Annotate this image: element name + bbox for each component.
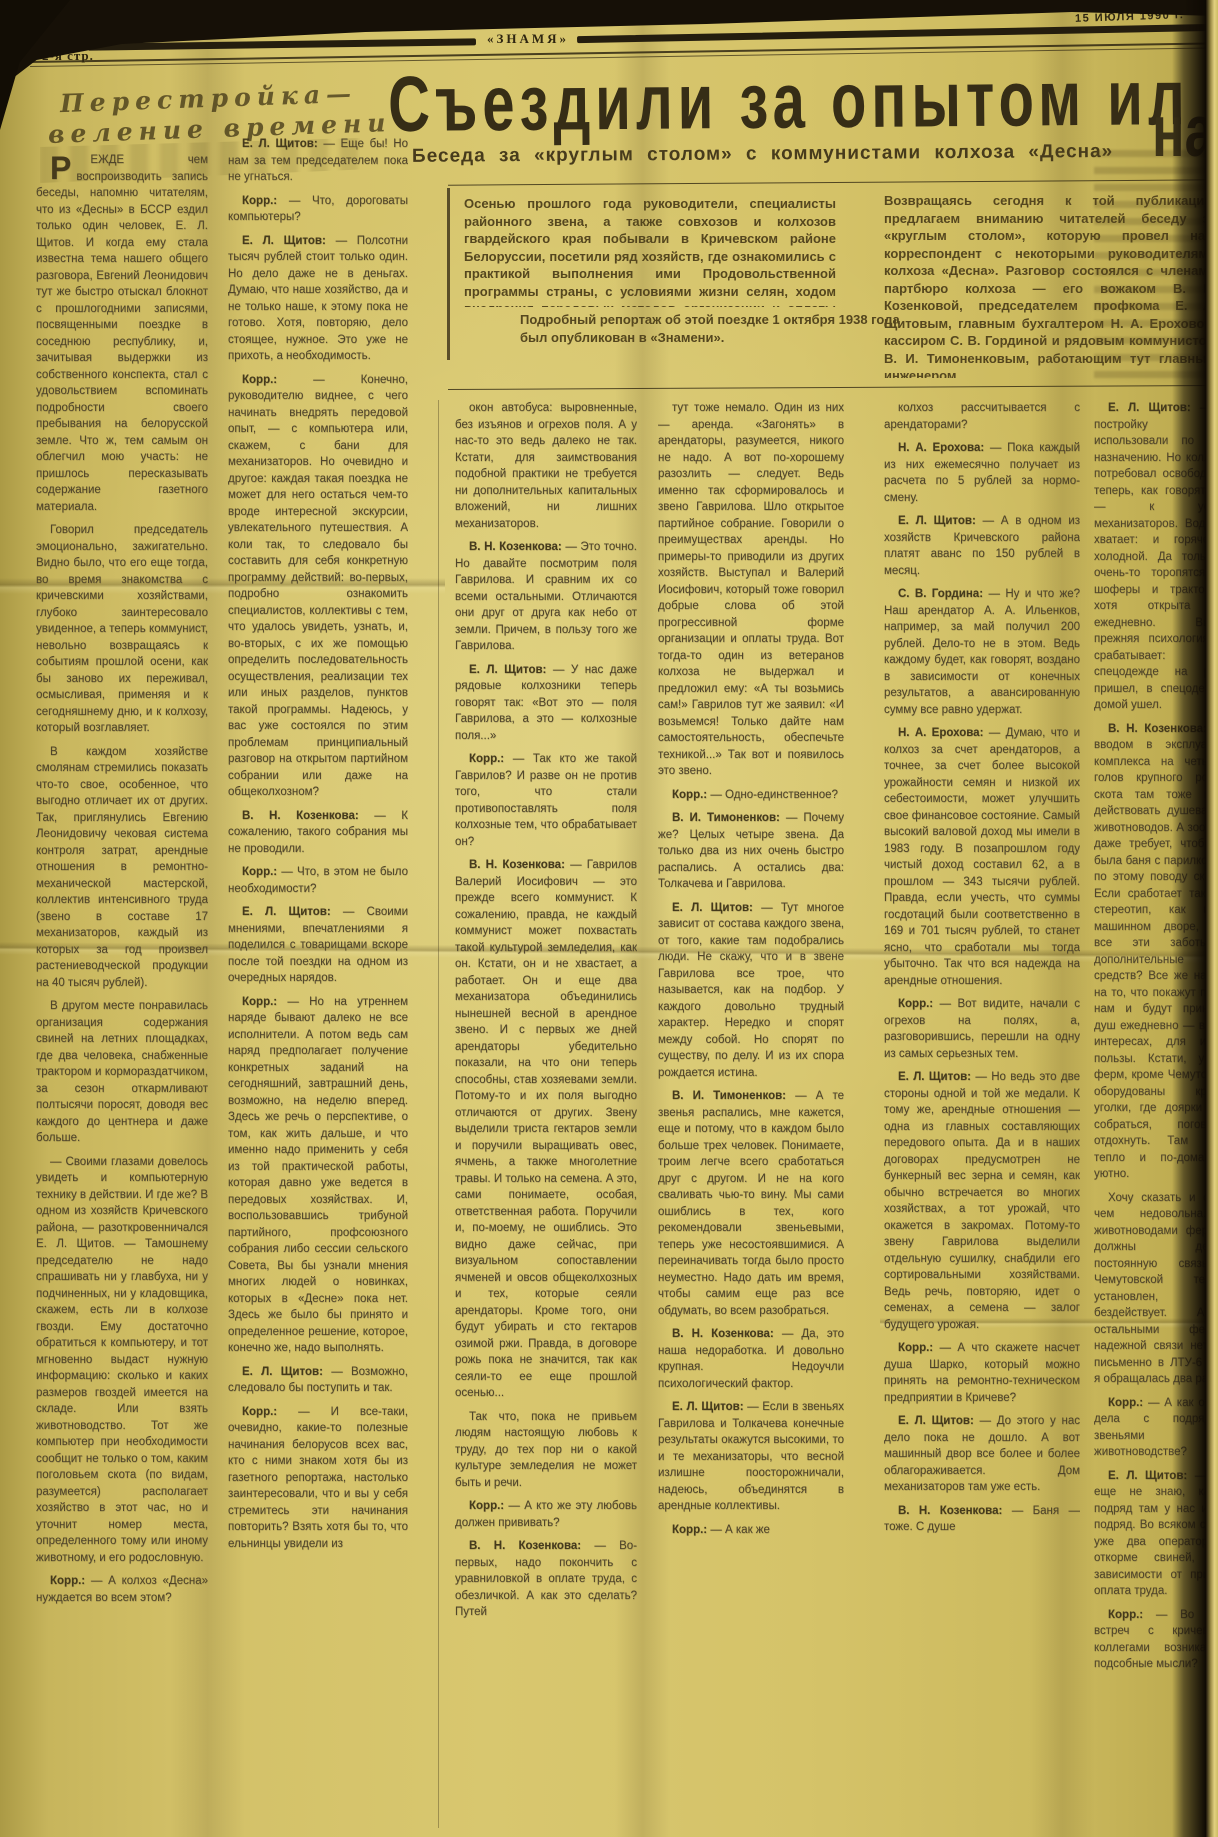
paragraph: С. В. Гордина: — Ну и что же? Наш аренда… <box>884 586 1080 718</box>
paragraph: Е. Л. Щитов: — Тут многое зависит от сос… <box>658 900 844 1082</box>
paragraph: тут тоже немало. Один из них — аренда. «… <box>658 400 844 780</box>
page-edge-shadow <box>1172 0 1206 1837</box>
paragraph: В. Н. Козенкова: — Это точно. Но давайте… <box>455 539 637 655</box>
paragraph: Так что, пока не привьем людям настоящую… <box>455 1409 637 1492</box>
intro-note: Подробный репортаж об этой поездке 1 окт… <box>520 311 920 346</box>
column-separator-rule <box>438 400 439 1828</box>
roundtable-column-3: колхоз рассчитывается с арендаторами?Н. … <box>884 400 1080 1828</box>
paragraph: Е. Л. Щитов: — Но ведь это две стороны о… <box>884 1069 1080 1333</box>
paragraph: РЕЖДЕ чем воспроизводить запись беседы, … <box>36 152 208 515</box>
paragraph: Е. Л. Щитов: — Своими мнениями, впечатле… <box>228 904 408 987</box>
paragraph: В. И. Тимоненков: — Почему же? Целых чет… <box>658 810 844 893</box>
paragraph: Корр.: — Вот видите, начали с огрехов на… <box>884 996 1080 1062</box>
paragraph: Е. Л. Щитов: — Еще бы! Но нам за тем пре… <box>228 136 408 186</box>
paragraph: В. И. Тимоненков: — А те звенья распалис… <box>658 1088 844 1319</box>
paragraph: окон автобуса: выровненные, без изъянов … <box>455 400 637 532</box>
paragraph: Е. Л. Щитов: — Полсотни тысяч рублей сто… <box>228 233 408 365</box>
paragraph: Н. А. Ерохова: — Думаю, что и колхоз за … <box>884 725 1080 989</box>
intro-paragraph-1: Осенью прошлого года руководители, специ… <box>464 195 836 307</box>
paragraph: В. Н. Козенкова: — Гаврилов Валерий Иоси… <box>455 857 637 1402</box>
paragraph: колхоз рассчитывается с арендаторами? <box>884 400 1080 433</box>
newspaper-photo: 2-я стр. «ЗНАМЯ» 15 ИЮЛЯ 1990 г. Перестр… <box>0 0 1218 1837</box>
paragraph: Корр.: — Конечно, руководителю виднее, с… <box>228 372 408 801</box>
paragraph: В другом месте понравилась организация с… <box>36 998 208 1147</box>
paragraph: Е. Л. Щитов: — Возможно, следовало бы по… <box>228 1364 408 1397</box>
paragraph: Е. Л. Щитов: — Если в звеньях Гаврилова … <box>658 1399 844 1515</box>
newspaper-title: «ЗНАМЯ» <box>487 31 569 47</box>
paragraph: В. Н. Козенкова: — К сожалению, такого с… <box>228 808 408 858</box>
paragraph: Корр.: — А как же <box>658 1522 844 1539</box>
next-page-edge <box>1206 0 1218 1837</box>
roundtable-column-1: окон автобуса: выровненные, без изъянов … <box>455 400 637 1828</box>
paragraph: — Своими глазами довелось увидеть и комп… <box>36 1154 208 1567</box>
left-article-column-1: РЕЖДЕ чем воспроизводить запись беседы, … <box>36 152 208 1828</box>
paragraph: Корр.: — Так кто же такой Гаврилов? И ра… <box>455 751 637 850</box>
article-headline: Съездили за опытом ил <box>388 53 1190 127</box>
paragraph: Корр.: — Что, дороговаты компьютеры? <box>228 193 408 226</box>
intro-left-rule <box>447 188 450 360</box>
left-article-column-2: Е. Л. Щитов: — Еще бы! Но нам за тем пре… <box>228 136 408 1828</box>
paragraph: В. Н. Козенкова: — Да, это наша недорабо… <box>658 1326 844 1392</box>
paragraph: Е. Л. Щитов: — А в одном из хозяйств Кри… <box>884 513 1080 579</box>
roundtable-column-2: тут тоже немало. Один из них — аренда. «… <box>658 400 844 1828</box>
paragraph: Говорил председатель эмоционально, зажиг… <box>36 522 208 737</box>
paragraph: В каждом хозяйстве смолянам стремились п… <box>36 744 208 992</box>
paragraph: Е. Л. Щитов: — У нас даже рядовые колхоз… <box>455 662 637 745</box>
paragraph: Е. Л. Щитов: — До этого у нас дело пока … <box>884 1413 1080 1496</box>
paragraph: Н. А. Ерохова: — Пока каждый из них ежем… <box>884 440 1080 506</box>
paragraph: Корр.: — Но на утреннем наряде бывают да… <box>228 994 408 1357</box>
paragraph: Корр.: — И все-таки, очевидно, какие-то … <box>228 1404 408 1553</box>
paragraph: Корр.: — Одно-единственное? <box>658 787 844 804</box>
paragraph: Корр.: — А кто же эту любовь должен прив… <box>455 1498 637 1531</box>
paragraph: Корр.: — Что, в этом не было необходимос… <box>228 864 408 897</box>
paragraph: Корр.: — А что скажете насчет душа Шарко… <box>884 1340 1080 1406</box>
paragraph: В. Н. Козенкова: — Во-первых, надо покон… <box>455 1538 637 1621</box>
paragraph: Корр.: — А колхоз «Десна» нуждается во в… <box>36 1573 208 1606</box>
paragraph: В. Н. Козенкова: — Баня — тоже. С душе <box>884 1503 1080 1536</box>
